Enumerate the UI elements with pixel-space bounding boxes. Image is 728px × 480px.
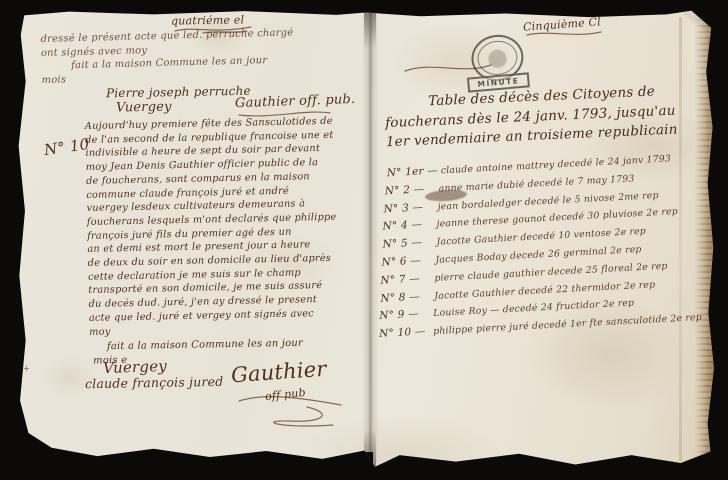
decorative-swash (403, 59, 493, 77)
entry-number: N° 3 — (383, 200, 438, 215)
table-of-deaths-title: Table des décès des Citoyens de fouchera… (384, 80, 718, 153)
signature-vuergey: Vuergey (116, 100, 172, 116)
header-flourish (525, 29, 605, 39)
previous-act-closing: dressé le présent acte que led. perruche… (40, 25, 347, 87)
archivist-red-mark: + (23, 364, 30, 373)
signature-flourish (235, 395, 351, 435)
entry-number: N° 5 — (382, 236, 437, 251)
entry-number: N° 1er — (387, 164, 442, 179)
entry-number: N° 7 — (380, 272, 435, 287)
gutter-notch (365, 452, 373, 472)
signature-jure: claude françois jured (85, 374, 224, 391)
signature-perruche: Pierre joseph perruche (106, 84, 251, 101)
entry-number: N° 6 — (381, 254, 436, 269)
entry-number: N° 9 — (379, 307, 434, 322)
signature-officer: Gauthier (230, 357, 327, 388)
entry-number: N° 10 — (379, 325, 434, 340)
entry-number: N° 8 — (380, 289, 435, 304)
death-entries-list: N° 1er — claude antoine mattrey decedé l… (371, 150, 722, 346)
manuscript-spread: quatriéme el dressé le présent acte que … (13, 7, 716, 470)
act-margin-number: N° 10 (43, 135, 91, 159)
death-act-body: Aujourd'huy premiere fête des Sansculoti… (85, 114, 370, 339)
entry-number: N° 4 — (382, 218, 437, 233)
archive-scan-photo: quatriéme el dressé le présent acte que … (0, 0, 728, 480)
